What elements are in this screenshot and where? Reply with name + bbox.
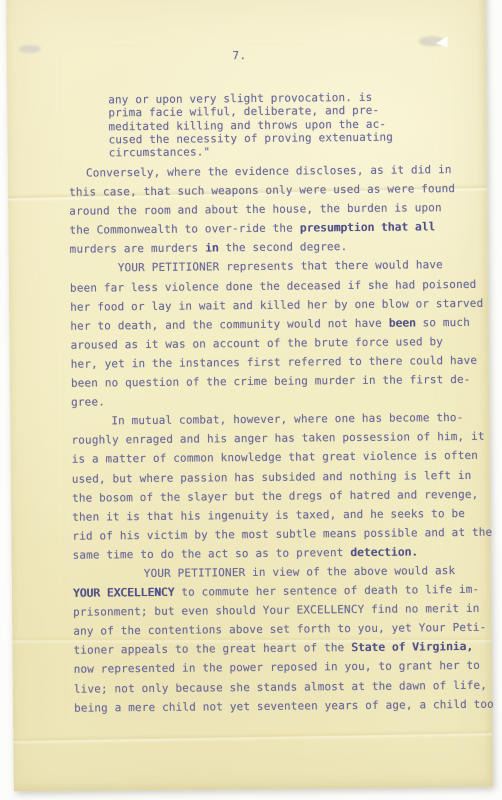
overstruck-text: presumption that all [300, 220, 436, 234]
paragraph: Conversely, where the evidence discloses… [69, 160, 468, 259]
overstruck-text: detection. [350, 545, 418, 559]
overstruck-text: in [205, 242, 219, 255]
overstruck-text: State of Virginia, [351, 640, 473, 654]
document-body: Conversely, where the evidence discloses… [69, 160, 472, 718]
document-page: 7. any or upon very slight provocation. … [6, 0, 493, 791]
paragraph: In mutual combat, however, where one has… [71, 408, 470, 565]
block-quote: any or upon very slight provocation. isp… [108, 90, 409, 159]
text-line: circumstances." [109, 144, 409, 160]
overstruck-text: been [389, 316, 416, 329]
paper-crease [13, 729, 492, 745]
paragraph: YOUR PETITIONER in view of the above wou… [73, 561, 472, 718]
page-number: 7. [7, 47, 486, 65]
paragraph: YOUR PETITIONER represents that there wo… [70, 255, 469, 412]
text-line: been no question of the crime being murd… [71, 370, 469, 393]
text-line: being a mere child not yet seventeen yea… [74, 695, 472, 718]
overstruck-text: YOUR EXCELLENCY [73, 586, 175, 600]
